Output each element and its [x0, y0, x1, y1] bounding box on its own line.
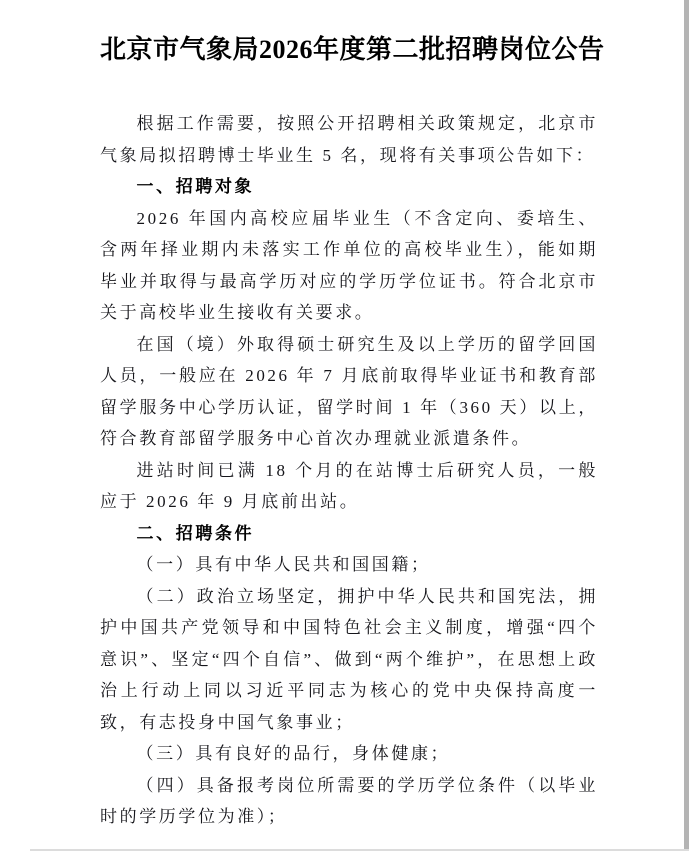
paragraph: （四）具备报考岗位所需要的学历学位条件（以毕业时的学历学位为准）；	[100, 770, 598, 833]
document-body: 根据工作需要，按照公开招聘相关政策规定，北京市气象局拟招聘博士毕业生 5 名，现…	[100, 108, 598, 833]
page-right-edge	[684, 0, 689, 851]
document-title: 北京市气象局2026年度第二批招聘岗位公告	[100, 34, 598, 66]
section-heading: 一、招聘对象	[100, 171, 598, 203]
section-heading: 二、招聘条件	[100, 518, 598, 550]
announcement-document: 北京市气象局2026年度第二批招聘岗位公告 根据工作需要，按照公开招聘相关政策规…	[100, 34, 598, 833]
paragraph: 在国（境）外取得硕士研究生及以上学历的留学回国人员，一般应在 2026 年 7 …	[100, 329, 598, 455]
paragraph: 进站时间已满 18 个月的在站博士后研究人员，一般应于 2026 年 9 月底前…	[100, 455, 598, 518]
paragraph: （三）具有良好的品行，身体健康；	[100, 738, 598, 770]
document-page: 北京市气象局2026年度第二批招聘岗位公告 根据工作需要，按照公开招聘相关政策规…	[0, 0, 692, 851]
paragraph: （二）政治立场坚定，拥护中华人民共和国宪法，拥护中国共产党领导和中国特色社会主义…	[100, 581, 598, 739]
paragraph: 根据工作需要，按照公开招聘相关政策规定，北京市气象局拟招聘博士毕业生 5 名，现…	[100, 108, 598, 171]
paragraph: （一）具有中华人民共和国国籍；	[100, 549, 598, 581]
paragraph: 2026 年国内高校应届毕业生（不含定向、委培生、含两年择业期内未落实工作单位的…	[100, 203, 598, 329]
